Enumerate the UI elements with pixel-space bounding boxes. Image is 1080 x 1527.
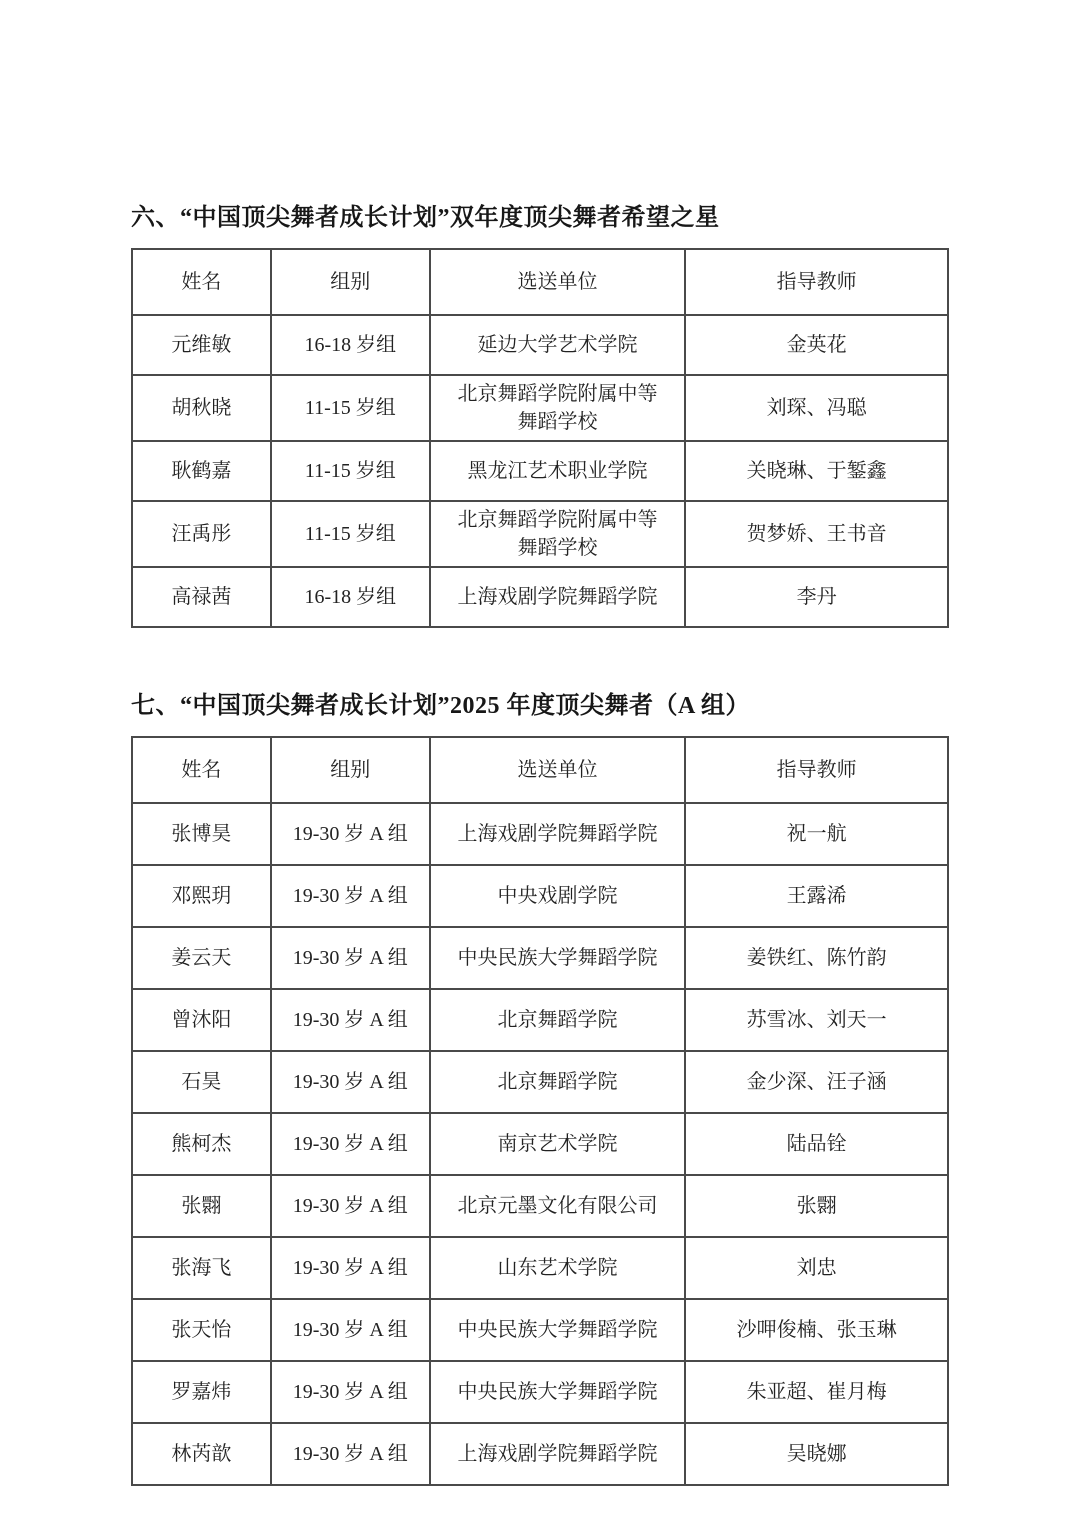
table-cell: 张翾 (685, 1175, 948, 1237)
table-row: 石昊19-30 岁 A 组北京舞蹈学院金少深、汪子涵 (132, 1051, 948, 1113)
table-cell: 关晓琳、于錾鑫 (685, 441, 948, 501)
table-cell: 元维敏 (132, 315, 271, 375)
table-row: 姜云天19-30 岁 A 组中央民族大学舞蹈学院姜铁红、陈竹韵 (132, 927, 948, 989)
table-header-row: 姓名组别选送单位指导教师 (132, 737, 948, 803)
table-row: 元维敏16-18 岁组延边大学艺术学院金英花 (132, 315, 948, 375)
table-cell: 19-30 岁 A 组 (271, 1423, 430, 1485)
table-row: 熊柯杰19-30 岁 A 组南京艺术学院陆品铨 (132, 1113, 948, 1175)
table-cell: 南京艺术学院 (430, 1113, 685, 1175)
table-cell: 熊柯杰 (132, 1113, 271, 1175)
table-header-row: 姓名组别选送单位指导教师 (132, 249, 948, 315)
table-row: 汪禹彤11-15 岁组北京舞蹈学院附属中等舞蹈学校贺梦娇、王书音 (132, 501, 948, 567)
table-row: 高禄茜16-18 岁组上海戏剧学院舞蹈学院李丹 (132, 567, 948, 627)
table-cell: 李丹 (685, 567, 948, 627)
document-content: 六、“中国顶尖舞者成长计划”双年度顶尖舞者希望之星 姓名组别选送单位指导教师元维… (131, 204, 949, 1486)
table-cell: 王露浠 (685, 865, 948, 927)
table-cell: 耿鹤嘉 (132, 441, 271, 501)
column-header: 选送单位 (430, 249, 685, 315)
column-header: 指导教师 (685, 737, 948, 803)
table-row: 张翾19-30 岁 A 组北京元墨文化有限公司张翾 (132, 1175, 948, 1237)
section-title: 七、“中国顶尖舞者成长计划”2025 年度顶尖舞者（A 组） (131, 692, 949, 720)
column-header: 姓名 (132, 249, 271, 315)
table-cell: 19-30 岁 A 组 (271, 1113, 430, 1175)
table-cell: 中央民族大学舞蹈学院 (430, 1361, 685, 1423)
table-cell: 金少深、汪子涵 (685, 1051, 948, 1113)
table-row: 张博昊19-30 岁 A 组上海戏剧学院舞蹈学院祝一航 (132, 803, 948, 865)
table-cell: 石昊 (132, 1051, 271, 1113)
section-title: 六、“中国顶尖舞者成长计划”双年度顶尖舞者希望之星 (131, 204, 949, 232)
column-header: 组别 (271, 737, 430, 803)
table-cell: 贺梦娇、王书音 (685, 501, 948, 567)
roster-table-2025-group-a: 姓名组别选送单位指导教师张博昊19-30 岁 A 组上海戏剧学院舞蹈学院祝一航邓… (131, 736, 949, 1486)
table-cell: 苏雪冰、刘天一 (685, 989, 948, 1051)
table-cell: 19-30 岁 A 组 (271, 803, 430, 865)
table-cell: 11-15 岁组 (271, 375, 430, 441)
table-cell: 北京舞蹈学院 (430, 1051, 685, 1113)
table-cell: 中央戏剧学院 (430, 865, 685, 927)
section-hope-stars: 六、“中国顶尖舞者成长计划”双年度顶尖舞者希望之星 姓名组别选送单位指导教师元维… (131, 204, 949, 628)
column-header: 指导教师 (685, 249, 948, 315)
table-cell: 北京舞蹈学院附属中等舞蹈学校 (430, 501, 685, 567)
table-cell: 汪禹彤 (132, 501, 271, 567)
table-row: 林芮歆19-30 岁 A 组上海戏剧学院舞蹈学院吴晓娜 (132, 1423, 948, 1485)
table-cell: 邓熙玥 (132, 865, 271, 927)
table-cell: 金英花 (685, 315, 948, 375)
column-header: 选送单位 (430, 737, 685, 803)
table-cell: 张翾 (132, 1175, 271, 1237)
table-cell: 16-18 岁组 (271, 567, 430, 627)
table-cell: 19-30 岁 A 组 (271, 1361, 430, 1423)
table-cell: 张博昊 (132, 803, 271, 865)
document-page: 六、“中国顶尖舞者成长计划”双年度顶尖舞者希望之星 姓名组别选送单位指导教师元维… (0, 0, 1080, 1527)
table-cell: 张海飞 (132, 1237, 271, 1299)
table-cell: 19-30 岁 A 组 (271, 1175, 430, 1237)
table-cell: 16-18 岁组 (271, 315, 430, 375)
table-cell: 朱亚超、崔月梅 (685, 1361, 948, 1423)
table-cell: 19-30 岁 A 组 (271, 1051, 430, 1113)
table-cell: 山东艺术学院 (430, 1237, 685, 1299)
table-cell: 19-30 岁 A 组 (271, 1299, 430, 1361)
table-cell: 林芮歆 (132, 1423, 271, 1485)
table-cell: 北京元墨文化有限公司 (430, 1175, 685, 1237)
table-cell: 中央民族大学舞蹈学院 (430, 1299, 685, 1361)
table-cell: 姜铁红、陈竹韵 (685, 927, 948, 989)
table-cell: 曾沐阳 (132, 989, 271, 1051)
table-cell: 吴晓娜 (685, 1423, 948, 1485)
table-cell: 罗嘉炜 (132, 1361, 271, 1423)
table-cell: 北京舞蹈学院 (430, 989, 685, 1051)
table-row: 邓熙玥19-30 岁 A 组中央戏剧学院王露浠 (132, 865, 948, 927)
table-cell: 19-30 岁 A 组 (271, 927, 430, 989)
section-2025-group-a: 七、“中国顶尖舞者成长计划”2025 年度顶尖舞者（A 组） 姓名组别选送单位指… (131, 692, 949, 1486)
table-row: 胡秋晓11-15 岁组北京舞蹈学院附属中等舞蹈学校刘琛、冯聪 (132, 375, 948, 441)
table-cell: 北京舞蹈学院附属中等舞蹈学校 (430, 375, 685, 441)
table-cell: 高禄茜 (132, 567, 271, 627)
table-cell: 刘忠 (685, 1237, 948, 1299)
table-cell: 姜云天 (132, 927, 271, 989)
table-cell: 19-30 岁 A 组 (271, 989, 430, 1051)
table-cell: 19-30 岁 A 组 (271, 1237, 430, 1299)
table-cell: 中央民族大学舞蹈学院 (430, 927, 685, 989)
table-cell: 胡秋晓 (132, 375, 271, 441)
table-cell: 上海戏剧学院舞蹈学院 (430, 567, 685, 627)
table-cell: 刘琛、冯聪 (685, 375, 948, 441)
table-cell: 祝一航 (685, 803, 948, 865)
table-row: 耿鹤嘉11-15 岁组黑龙江艺术职业学院关晓琳、于錾鑫 (132, 441, 948, 501)
table-row: 张海飞19-30 岁 A 组山东艺术学院刘忠 (132, 1237, 948, 1299)
table-cell: 张天怡 (132, 1299, 271, 1361)
table-row: 曾沐阳19-30 岁 A 组北京舞蹈学院苏雪冰、刘天一 (132, 989, 948, 1051)
table-cell: 沙呷俊楠、张玉琳 (685, 1299, 948, 1361)
table-cell: 19-30 岁 A 组 (271, 865, 430, 927)
table-cell: 11-15 岁组 (271, 501, 430, 567)
table-cell: 延边大学艺术学院 (430, 315, 685, 375)
table-row: 张天怡19-30 岁 A 组中央民族大学舞蹈学院沙呷俊楠、张玉琳 (132, 1299, 948, 1361)
table-cell: 上海戏剧学院舞蹈学院 (430, 1423, 685, 1485)
table-row: 罗嘉炜19-30 岁 A 组中央民族大学舞蹈学院朱亚超、崔月梅 (132, 1361, 948, 1423)
column-header: 姓名 (132, 737, 271, 803)
table-cell: 上海戏剧学院舞蹈学院 (430, 803, 685, 865)
table-cell: 陆品铨 (685, 1113, 948, 1175)
table-cell: 11-15 岁组 (271, 441, 430, 501)
table-cell: 黑龙江艺术职业学院 (430, 441, 685, 501)
column-header: 组别 (271, 249, 430, 315)
roster-table-hope-stars: 姓名组别选送单位指导教师元维敏16-18 岁组延边大学艺术学院金英花胡秋晓11-… (131, 248, 949, 628)
